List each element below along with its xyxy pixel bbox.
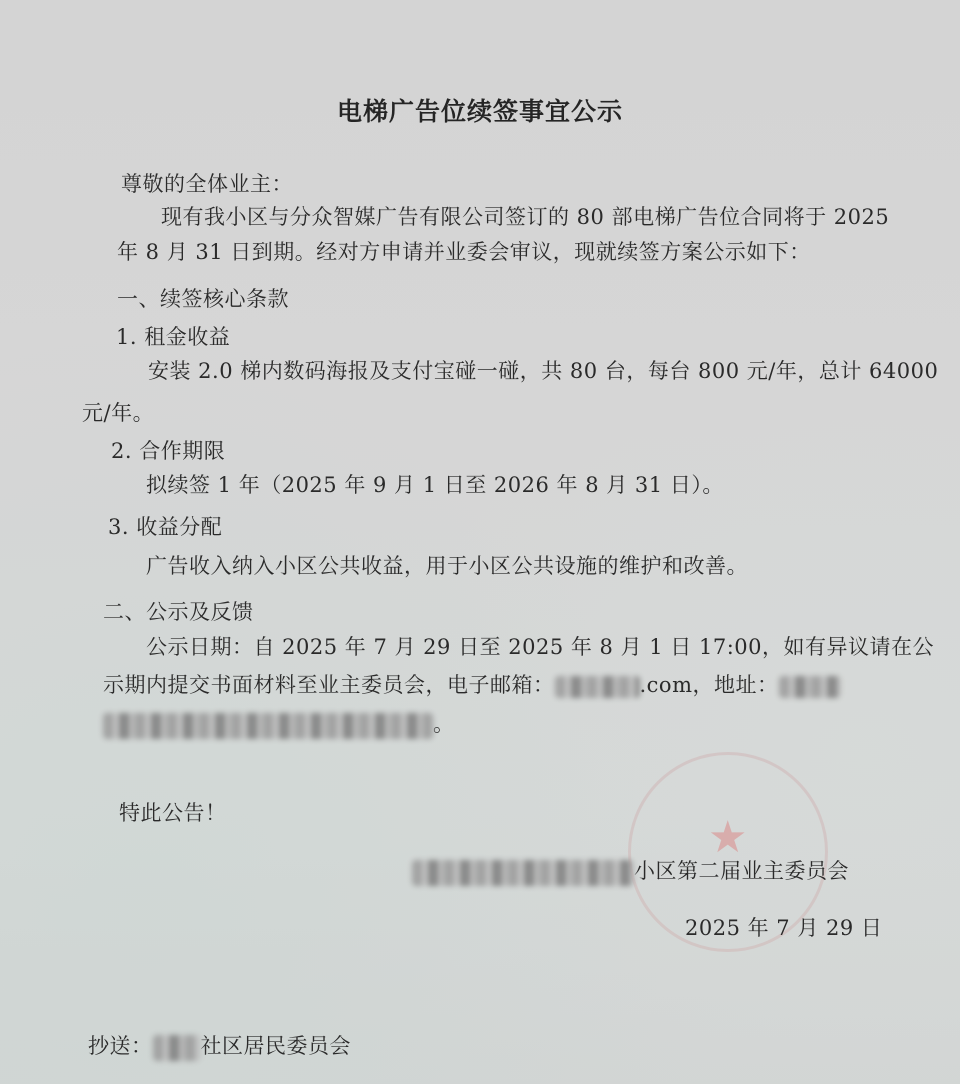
notice-period-line-2: 示期内提交书面材料至业主委员会，电子邮箱：.com，地址： <box>103 669 841 699</box>
redacted-address-start <box>779 676 841 698</box>
item-3-text: 广告收入纳入小区公共收益，用于小区公共设施的维护和改善。 <box>146 550 748 580</box>
redacted-address <box>103 713 433 739</box>
redacted-community-name <box>412 860 634 886</box>
signature-date: 2025 年 7 月 29 日 <box>685 912 882 942</box>
address-label: ，地址： <box>693 673 779 697</box>
document-title: 电梯广告位续签事宜公示 <box>0 92 960 128</box>
closing-statement: 特此公告！ <box>119 797 227 827</box>
salutation: 尊敬的全体业主： <box>121 168 293 198</box>
item-1-heading: 1. 租金收益 <box>116 321 230 351</box>
cc-line: 抄送：社区居民委员会 <box>88 1030 351 1061</box>
email-domain: .com <box>640 673 693 697</box>
notice-period-line-3: 。 <box>103 708 455 739</box>
item-3-heading: 3. 收益分配 <box>108 511 222 541</box>
item-1-text-line-1: 安装 2.0 梯内数码海报及支付宝碰一碰，共 80 台，每台 800 元/年，总… <box>148 355 938 385</box>
submission-text: 示期内提交书面材料至业主委员会，电子邮箱： <box>103 673 555 697</box>
notice-period-line-1: 公示日期：自 2025 年 7 月 29 日至 2025 年 8 月 1 日 1… <box>146 631 934 661</box>
redacted-cc-name <box>153 1035 201 1061</box>
intro-line-1: 现有我小区与分众智媒广告有限公司签订的 80 部电梯广告位合同将于 2025 <box>161 201 889 231</box>
item-1-text-line-2: 元/年。 <box>82 397 154 427</box>
item-2-text: 拟续签 1 年（2025 年 9 月 1 日至 2026 年 8 月 31 日）… <box>146 469 724 499</box>
address-end-punctuation: 。 <box>433 712 455 736</box>
item-2-heading: 2. 合作期限 <box>111 435 225 465</box>
section-2-heading: 二、公示及反馈 <box>103 596 254 626</box>
cc-label: 抄送： <box>88 1034 153 1058</box>
signature-org-suffix: 小区第二届业主委员会 <box>634 859 849 883</box>
section-1-heading: 一、续签核心条款 <box>117 283 289 313</box>
signature-organization: 小区第二届业主委员会 <box>412 855 849 886</box>
intro-line-2: 年 8 月 31 日到期。经对方申请并业委会审议，现就续签方案公示如下： <box>117 236 811 266</box>
cc-org-suffix: 社区居民委员会 <box>201 1034 352 1058</box>
redacted-email <box>555 676 640 698</box>
